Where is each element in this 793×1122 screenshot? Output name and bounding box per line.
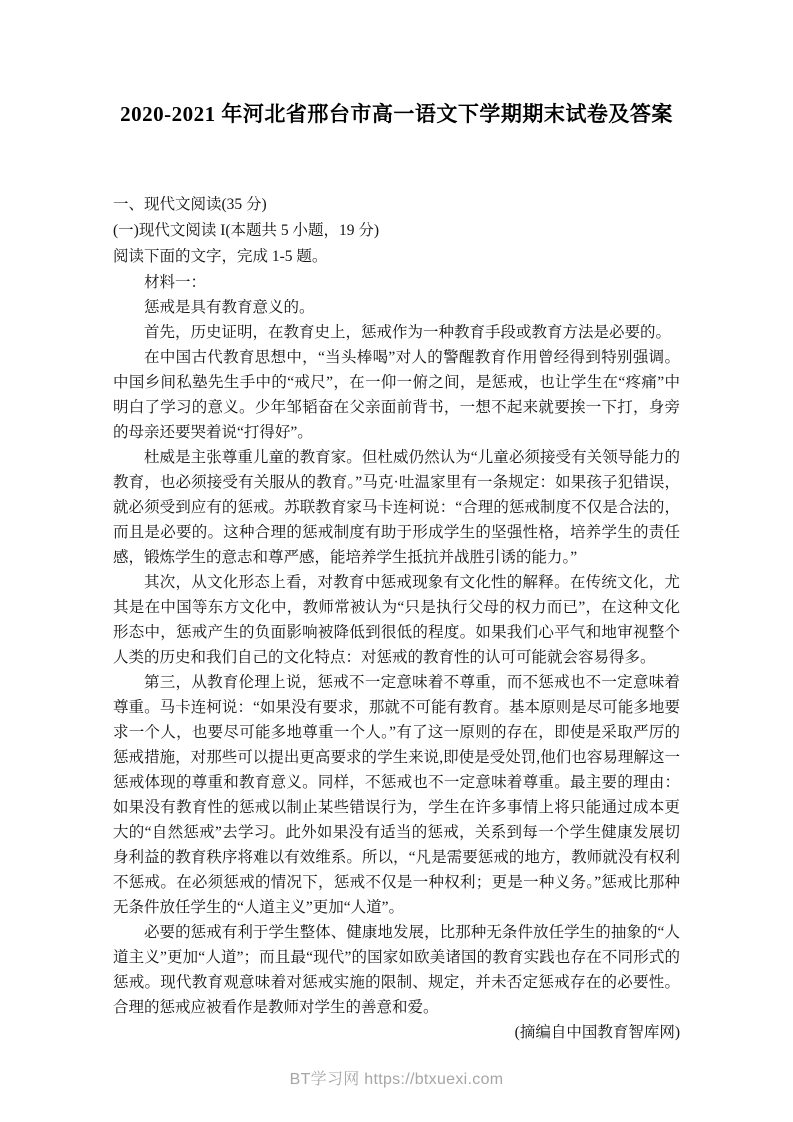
source-attribution: (摘编自中国教育智库网) [113, 1020, 680, 1045]
document-content: 2020-2021 年河北省邢台市高一语文下学期期末试卷及答案 一、现代文阅读(… [113, 0, 680, 1045]
material-label: 材料一： [113, 270, 680, 295]
passage-paragraph: 其次，从文化形态上看，对教育中惩戒现象有文化性的解释。在传统文化，尤其是在中国等… [113, 570, 680, 670]
document-title: 2020-2021 年河北省邢台市高一语文下学期期末试卷及答案 [113, 99, 680, 129]
watermark-text: BT学习网 https://btxuexi.com [290, 1071, 504, 1088]
passage-body: 材料一： 惩戒是具有教育意义的。 首先，历史证明，在教育史上，惩戒作为一种教育手… [113, 270, 680, 1045]
passage-paragraph: 在中国古代教育思想中，“当头棒喝”对人的警醒教育作用曾经得到特别强调。中国乡间私… [113, 345, 680, 445]
passage-paragraph: 杜威是主张尊重儿童的教育家。但杜威仍然认为“儿童必须接受有关领导能力的教育，也必… [113, 445, 680, 570]
passage-paragraph: 首先，历史证明，在教育史上，惩戒作为一种教育手段或教育方法是必要的。 [113, 320, 680, 345]
passage-paragraph: 必要的惩戒有利于学生整体、健康地发展，比那种无条件放任学生的抽象的“人道主义”更… [113, 920, 680, 1020]
subsection-heading: (一)现代文阅读 I(本题共 5 小题，19 分) [113, 218, 680, 244]
section-heading: 一、现代文阅读(35 分) [113, 192, 680, 218]
passage-paragraph: 惩戒是具有教育意义的。 [113, 295, 680, 320]
reading-instruction: 阅读下面的文字，完成 1-5 题。 [113, 244, 680, 270]
passage-paragraph: 第三，从教育伦理上说，惩戒不一定意味着不尊重，而不惩戒也不一定意味着尊重。马卡连… [113, 670, 680, 920]
section-header-block: 一、现代文阅读(35 分) (一)现代文阅读 I(本题共 5 小题，19 分) … [113, 192, 680, 270]
watermark-footer: BT学习网 https://btxuexi.com [0, 1066, 793, 1089]
document-page: 2020-2021 年河北省邢台市高一语文下学期期末试卷及答案 一、现代文阅读(… [0, 0, 793, 1122]
